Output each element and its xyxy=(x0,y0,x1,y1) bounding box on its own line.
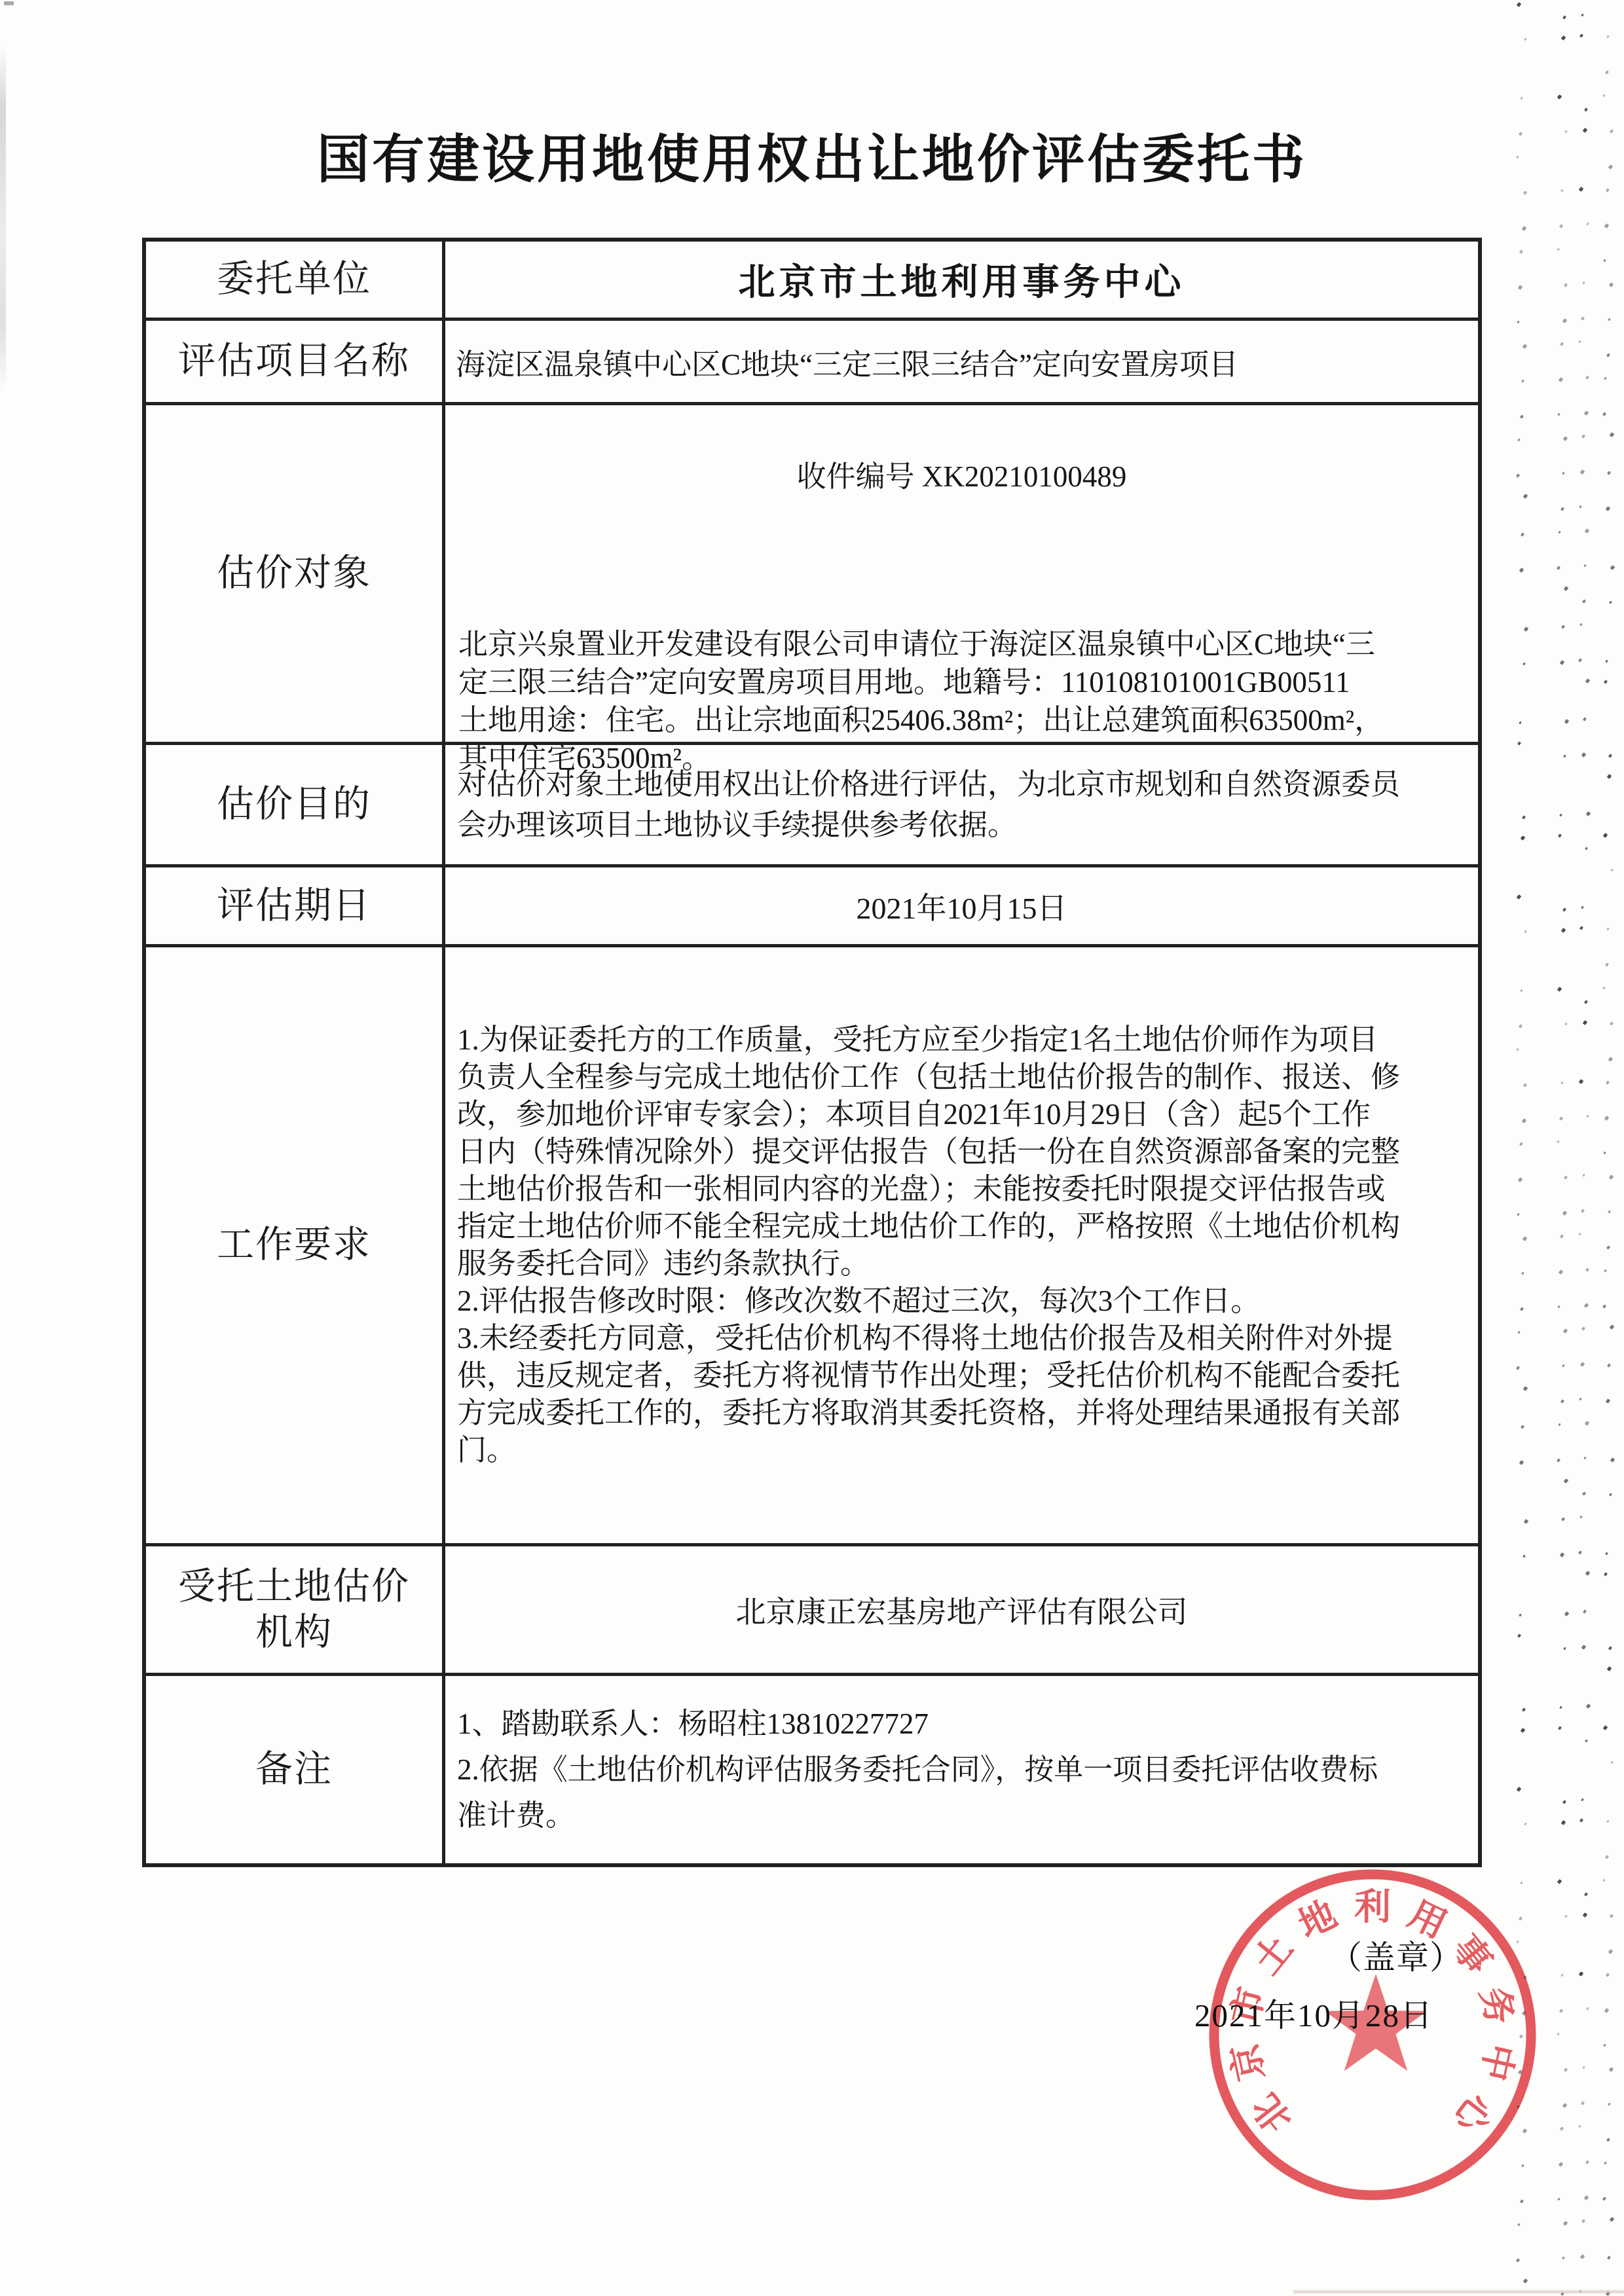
table-row-entrusting-unit: 委托单位 北京市土地利用事务中心 xyxy=(146,242,1478,321)
table-row-remarks: 备注 1、踏勘联系人：杨昭柱13810227727 2.依据《土地估价机构评估服… xyxy=(146,1676,1478,1863)
scan-edge-streak xyxy=(0,46,6,393)
receipt-number-line: 收件编号 XK20210100489 xyxy=(458,458,1465,496)
svg-text:京: 京 xyxy=(1225,2040,1272,2085)
svg-text:中: 中 xyxy=(1473,2040,1521,2085)
row-label-appraisal-purpose: 估价目的 xyxy=(146,745,445,864)
row-value-appraisal-date: 2021年10月15日 xyxy=(445,867,1478,944)
row-label-entrusted-agency: 受托土地估价 机构 xyxy=(146,1546,445,1673)
row-value-appraisal-object: 收件编号 XK20210100489 北京兴泉置业开发建设有限公司申请位于海淀区… xyxy=(445,405,1478,742)
scan-edge-dash xyxy=(4,1,14,5)
svg-text:北: 北 xyxy=(1245,2086,1299,2140)
row-value-remarks: 1、踏勘联系人：杨昭柱13810227727 2.依据《土地估价机构评估服务委托… xyxy=(445,1676,1478,1863)
row-value-work-requirements: 1.为保证委托方的工作质量，受托方应至少指定1名土地估价师作为项目 负责人全程参… xyxy=(445,947,1478,1543)
row-value-project-name: 海淀区温泉镇中心区C地块“三定三限三结合”定向安置房项目 xyxy=(445,321,1478,402)
row-label-work-requirements: 工作要求 xyxy=(146,947,445,1543)
table-row-appraisal-purpose: 估价目的 对估价对象土地使用权出让价格进行评估，为北京市规划和自然资源委员 会办… xyxy=(146,745,1478,867)
svg-text:土: 土 xyxy=(1246,1928,1301,1982)
appraisal-commission-table: 委托单位 北京市土地利用事务中心 评估项目名称 海淀区温泉镇中心区C地块“三定三… xyxy=(142,238,1482,1867)
svg-text:利: 利 xyxy=(1354,1887,1391,1928)
row-label-project-name: 评估项目名称 xyxy=(146,321,445,402)
table-row-appraisal-date: 评估期日 2021年10月15日 xyxy=(146,867,1478,947)
row-label-appraisal-date: 评估期日 xyxy=(146,867,445,944)
svg-text:务: 务 xyxy=(1472,1983,1520,2028)
row-value-entrusted-agency: 北京康正宏基房地产评估有限公司 xyxy=(445,1546,1478,1673)
table-row-entrusted-agency: 受托土地估价 机构 北京康正宏基房地产评估有限公司 xyxy=(146,1546,1478,1676)
row-label-remarks: 备注 xyxy=(146,1676,445,1863)
scan-bottom-edge xyxy=(1293,2290,1624,2293)
row-label-entrusting-unit: 委托单位 xyxy=(146,242,445,318)
signature-date: 2021年10月28日 xyxy=(1194,1990,1433,2036)
row-label-appraisal-object: 估价对象 xyxy=(146,405,445,742)
row-value-entrusting-unit: 北京市土地利用事务中心 xyxy=(445,242,1478,318)
row-value-appraisal-purpose: 对估价对象土地使用权出让价格进行评估，为北京市规划和自然资源委员 会办理该项目土… xyxy=(445,745,1478,864)
table-row-work-requirements: 工作要求 1.为保证委托方的工作质量，受托方应至少指定1名土地估价师作为项目 负… xyxy=(146,947,1478,1546)
page-title: 国有建设用地使用权出让地价评估委托书 xyxy=(0,130,1624,190)
table-row-project-name: 评估项目名称 海淀区温泉镇中心区C地块“三定三限三结合”定向安置房项目 xyxy=(146,321,1478,405)
seal-here-label: （盖章） xyxy=(1329,1931,1463,1978)
svg-text:心: 心 xyxy=(1445,2086,1500,2141)
table-row-appraisal-object: 估价对象 收件编号 XK20210100489 北京兴泉置业开发建设有限公司申请… xyxy=(146,405,1478,745)
